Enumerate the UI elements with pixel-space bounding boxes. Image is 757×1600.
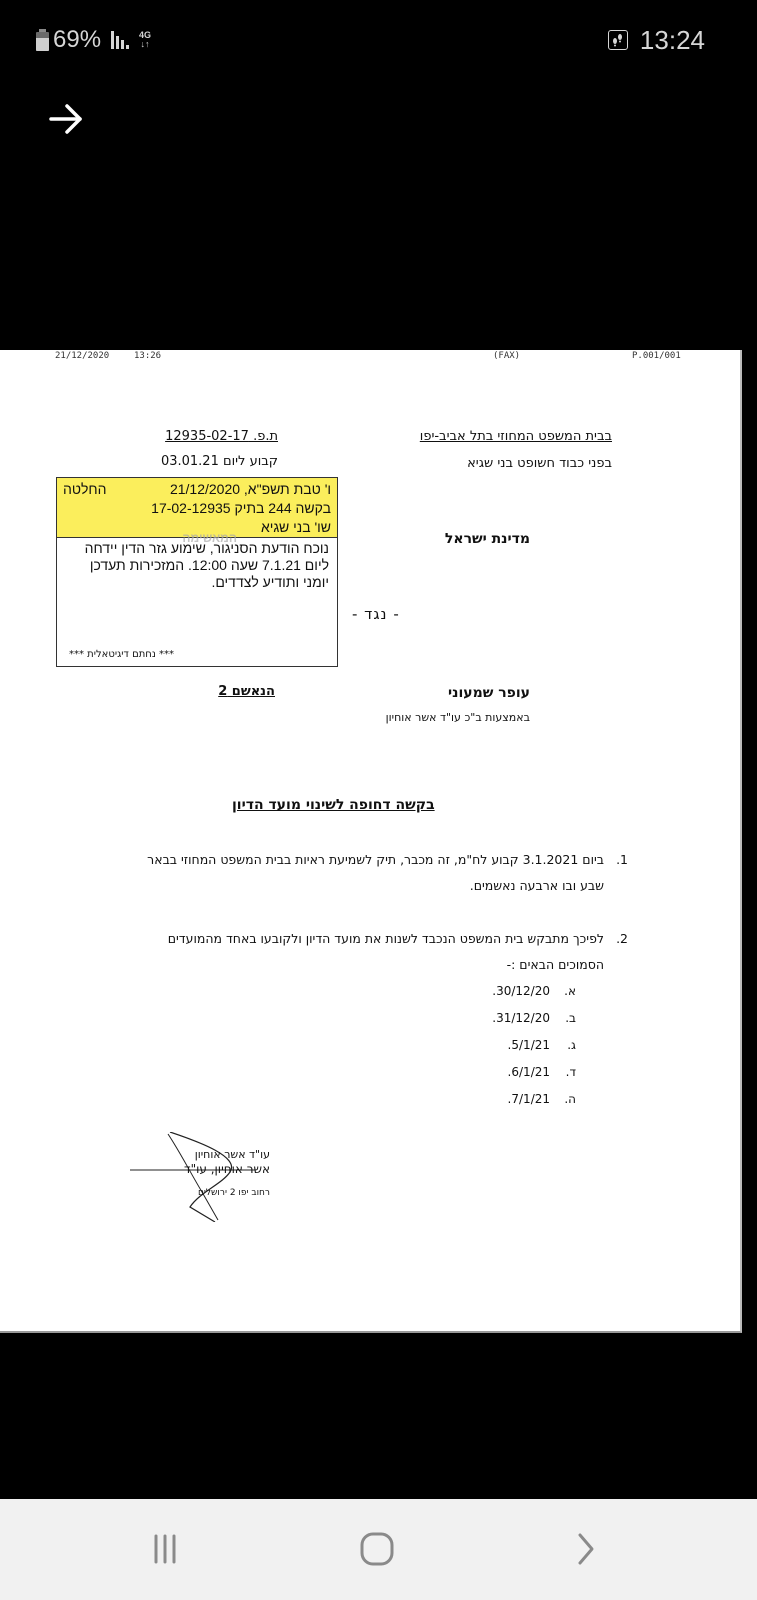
signature-block: עו"ד אשר אוחיון אשר אוחיון, עו"ד רחוב יפ… bbox=[130, 1132, 270, 1222]
status-left: 69% 4G ↓↑ bbox=[36, 24, 151, 56]
ghost-text: המאשימה bbox=[182, 530, 237, 547]
date-option: א.30/12/20. bbox=[492, 978, 576, 1005]
decision-stamp: ו' טבת תשפ"א, 21/12/2020 בקשה 244 בתיק 1… bbox=[56, 477, 338, 667]
case-number: ת.פ. 12935-02-17 bbox=[165, 429, 278, 444]
signature-line-2: אשר אוחיון, עו"ד bbox=[184, 1162, 270, 1176]
defendant-label: הנאשם 2 bbox=[218, 684, 275, 699]
paragraph-text: לפיכך מתבקש בית המשפט הנכבד לשנות את מוע… bbox=[134, 926, 604, 978]
signal-icon bbox=[111, 31, 129, 49]
decision-body: המאשימה נוכח הודעת הסניגור, שימוע גזר הד… bbox=[57, 538, 337, 593]
fax-type: (FAX) bbox=[493, 351, 520, 361]
recents-icon bbox=[148, 1532, 182, 1566]
defendant-name: עופר שמעוני bbox=[448, 685, 530, 701]
paragraph-2: 2. לפיכך מתבקש בית המשפט הנכבד לשנות את … bbox=[134, 926, 604, 978]
footsteps-icon bbox=[608, 30, 628, 50]
paragraph-1: 1. ביום 3.1.2021 קבוע לח"מ, זה מכבר, תיק… bbox=[134, 847, 604, 899]
decision-text: נוכח הודעת הסניגור, שימוע גזר הדין יידחה… bbox=[65, 540, 329, 591]
network-indicator: 4G ↓↑ bbox=[139, 31, 151, 49]
paragraph-number: 2. bbox=[616, 926, 628, 952]
fax-header: 21/12/2020 13:26 (FAX) P.001/001 bbox=[0, 350, 740, 364]
battery-percent: 69% bbox=[53, 26, 101, 54]
versus: - נגד - bbox=[352, 605, 400, 623]
decision-header: ו' טבת תשפ"א, 21/12/2020 בקשה 244 בתיק 1… bbox=[57, 478, 337, 538]
represented-by: באמצעות ב"כ עו"ד אשר אוחיון bbox=[386, 711, 530, 724]
signature-line-1: עו"ד אשר אוחיון bbox=[195, 1148, 270, 1161]
battery-icon bbox=[36, 29, 49, 51]
forward-arrow-button[interactable] bbox=[46, 98, 86, 138]
fax-time: 13:26 bbox=[134, 351, 161, 361]
recents-button[interactable] bbox=[135, 1529, 195, 1569]
clock: 13:24 bbox=[640, 25, 705, 56]
fax-date: 21/12/2020 bbox=[55, 351, 109, 361]
document-page: 21/12/2020 13:26 (FAX) P.001/001 בבית המ… bbox=[0, 350, 742, 1333]
navigation-bar bbox=[0, 1499, 757, 1600]
decision-line-2: בקשה 244 בתיק 17-02-12935 bbox=[63, 499, 331, 518]
back-button[interactable] bbox=[555, 1529, 615, 1569]
back-chevron-icon bbox=[570, 1531, 600, 1567]
digital-signature: *** נחתם דיגיטאלית *** bbox=[69, 649, 174, 660]
status-bar: 69% 4G ↓↑ 13:24 bbox=[0, 0, 757, 80]
court-name: בבית המשפט המחוזי בתל אביב-יפו bbox=[420, 429, 612, 444]
network-activity-icon: ↓↑ bbox=[139, 40, 151, 49]
date-option: ה.7/1/21. bbox=[492, 1086, 576, 1113]
date-option: ד.6/1/21. bbox=[492, 1059, 576, 1086]
status-right: 13:24 bbox=[608, 24, 705, 56]
home-icon bbox=[359, 1531, 395, 1567]
paragraph-text: ביום 3.1.2021 קבוע לח"מ, זה מכבר, תיק לש… bbox=[134, 847, 604, 899]
plaintiff: מדינת ישראל bbox=[445, 531, 530, 547]
signature-scribble-icon bbox=[130, 1132, 270, 1222]
judge-line: בפני כבוד חשופט בני שגיא bbox=[467, 456, 612, 471]
scheduled-date: קבוע ליום 03.01.21 bbox=[161, 454, 278, 469]
paragraph-number: 1. bbox=[616, 847, 628, 873]
arrow-right-icon bbox=[46, 98, 86, 138]
date-options: א.30/12/20. ב.31/12/20. ג.5/1/21. ד.6/1/… bbox=[492, 978, 576, 1113]
date-option: ב.31/12/20. bbox=[492, 1005, 576, 1032]
document-title: בקשה דחופה לשינוי מועד הדיון bbox=[232, 797, 435, 813]
date-option: ג.5/1/21. bbox=[492, 1032, 576, 1059]
decision-label: החלטה bbox=[63, 480, 107, 499]
home-button[interactable] bbox=[347, 1529, 407, 1569]
signature-line-3: רחוב יפו 2 ירושלים bbox=[198, 1188, 270, 1198]
fax-page: P.001/001 bbox=[632, 351, 681, 361]
